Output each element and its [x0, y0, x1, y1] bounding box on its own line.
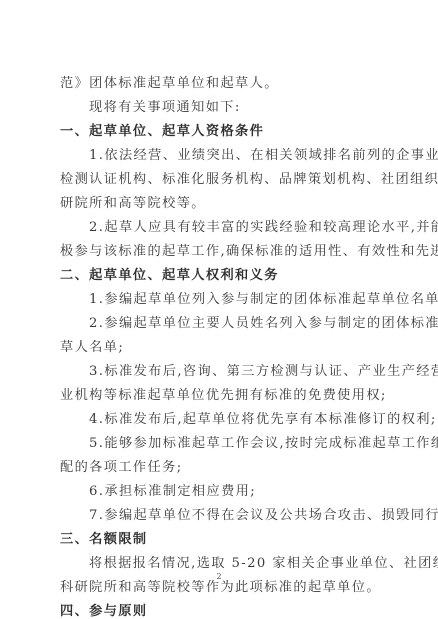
text-line: 2.起草人应具有较丰富的实践经验和较高理论水平,并能积 [60, 216, 384, 240]
text-line: 1.依法经营、业绩突出、在相关领域排名前列的企事业单位、 [60, 144, 384, 168]
section-heading: 一、起草单位、起草人资格条件 [60, 120, 384, 144]
text-line: 7.参编起草单位不得在会议及公共场合攻击、损毁同行。 [60, 504, 384, 528]
text-line: 4.标准发布后,起草单位将优先享有本标准修订的权利; [60, 408, 384, 432]
text-line: 5.能够参加标准起草工作会议,按时完成标准起草工作组分 [60, 432, 384, 456]
text-line: 6.承担标准制定相应费用; [60, 480, 384, 504]
section-heading: 四、参与原则 [60, 600, 384, 619]
text-line: 范》团体标准起草单位和起草人。 [60, 72, 384, 96]
page-number: 2 [0, 572, 438, 581]
text-line: 3.标准发布后,咨询、第三方检测与认证、产业生产经营从 [60, 360, 384, 384]
text-line: 2.参编起草单位主要人员姓名列入参与制定的团体标准起 [60, 312, 384, 336]
text-line: 草人名单; [60, 336, 384, 360]
document-body: 范》团体标准起草单位和起草人。 现将有关事项通知如下: 一、起草单位、起草人资格… [60, 72, 384, 619]
section-heading: 二、起草单位、起草人权利和义务 [60, 264, 384, 288]
text-line: 现将有关事项通知如下: [60, 96, 384, 120]
text-line: 1.参编起草单位列入参与制定的团体标准起草单位名单; [60, 288, 384, 312]
text-line: 极参与该标准的起草工作,确保标准的适用性、有效性和先进性。 [60, 240, 384, 264]
text-line: 检测认证机构、标准化服务机构、品牌策划机构、社团组织、科 [60, 168, 384, 192]
document-page: 范》团体标准起草单位和起草人。 现将有关事项通知如下: 一、起草单位、起草人资格… [0, 0, 438, 619]
text-line: 业机构等标准起草单位优先拥有标准的免费使用权; [60, 384, 384, 408]
text-line: 研院所和高等院校等。 [60, 192, 384, 216]
text-line: 配的各项工作任务; [60, 456, 384, 480]
section-heading: 三、名额限制 [60, 528, 384, 552]
